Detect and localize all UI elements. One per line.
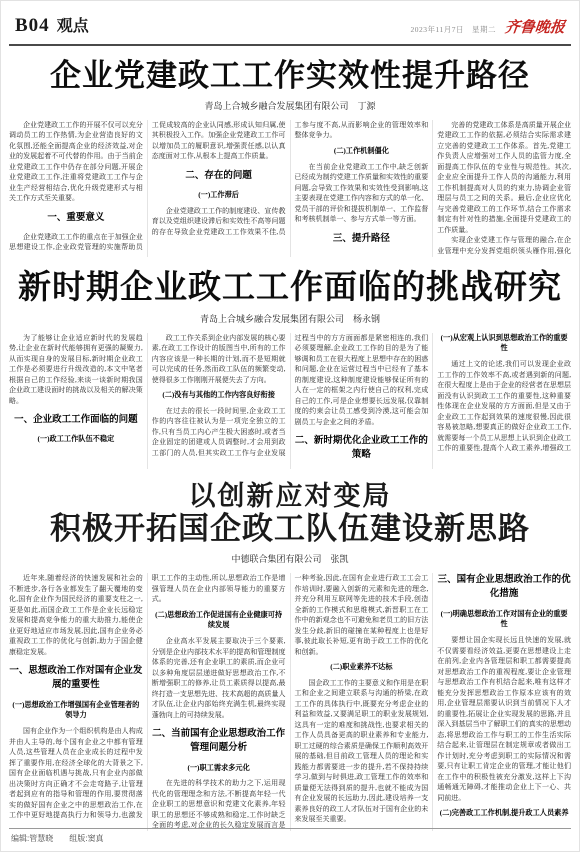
article-3-title-line1: 以创新应对变局 (9, 482, 571, 512)
paragraph: 近年来,随着经济的快速发展和社会的不断进步,各行各业都发生了翻天覆地的变化,国有… (9, 573, 143, 657)
section-heading: 三、提升路径 (295, 232, 429, 246)
section-heading: (二)没有与其他的工作内容良好衔接 (152, 390, 286, 401)
footer-editor: 编辑:管慧晓 (11, 833, 53, 844)
section-heading: (二)工作机制僵化 (295, 146, 429, 157)
article-2-body: 为了能够让企业适应新时代的发展趋势,让企业在新时代能够拥有更强的凝聚力,从而实现… (9, 333, 571, 469)
article-2-title: 新时期企业政工工作面临的挑战研究 (9, 270, 571, 307)
article-1-byline: 青岛上合城乡融合发展集团有限公司 丁源 (9, 99, 571, 112)
paragraph: 要想让国企实现长远且快速的发展,就不仅需要看经济效益,更要在思想建设上走在前列,… (437, 635, 571, 803)
article-2-byline: 青岛上合城乡融合发展集团有限公司 杨永钢 (9, 312, 571, 325)
newspaper-page: B04 观点 2023年11月7日 星期二 齐鲁晚报 企业党建政工工作实效性提升… (0, 0, 580, 852)
section-heading: (二)职业素养不达标 (295, 662, 429, 673)
article-3: 以创新应对变局 积极开拓国企政工队伍建设新思路 中德联合集团有限公司 张凯 近年… (9, 482, 571, 831)
section-heading: 二、当前国有企业思想政治工作管理问题分析 (152, 727, 286, 756)
article-2: 新时期企业政工工作面临的挑战研究 青岛上合城乡融合发展集团有限公司 杨永钢 为了… (9, 270, 571, 469)
section-heading: (一)政工工作队伍不稳定 (9, 434, 143, 445)
section-heading: (二)思想政治工作促进国有企业健康可持续发展 (152, 610, 286, 632)
section-heading: 一、思想政治工作对国有企业发展的重要性 (9, 664, 143, 693)
section-heading: 三、国有企业思想政治工作的优化措施 (437, 573, 571, 602)
page-footer: 编辑:管慧晓 组版:窦真 (9, 828, 571, 846)
section-title: 观点 (57, 13, 89, 36)
paragraph: 在当前企业党建政工工作中,缺乏创新已经成为制约党建工作质量和实效性的重要问题,会… (295, 162, 429, 225)
newspaper-masthead: 齐鲁晚报 (504, 16, 566, 37)
paragraph: 政工工作关系到企业内部发展的核心要素,在政工工作设计的版图当中,所有的工作内容应… (152, 333, 286, 386)
page-number: B04 (15, 15, 50, 37)
section-heading: 二、新时期优化企业政工工作的策略 (295, 434, 429, 463)
section-heading: 一、企业政工工作面临的问题 (9, 413, 143, 427)
paragraph: 完善的党建政工体系是高质量开展企业党建政工工作的依据,必须结合实际需求建立完善的… (437, 120, 571, 236)
header-right: 2023年11月7日 星期二 齐鲁晚报 (411, 16, 566, 37)
footer-layout: 组版:窦真 (69, 833, 103, 844)
section-heading: (二)完善政工工作机制,提升政工人员素养 (437, 808, 571, 819)
section-heading: 二、存在的问题 (152, 169, 286, 183)
section-heading: (一)工作滞后 (152, 190, 286, 201)
date-text: 2023年11月7日 星期二 (411, 24, 496, 35)
article-3-body: 近年来,随着经济的快速发展和社会的不断进步,各行各业都发生了翻天覆地的变化,国有… (9, 573, 571, 831)
paragraph: 企业高水平发展主要取决于三个要素,分别是企业内部技术水平的提高和管理制度体系的完… (152, 636, 286, 720)
section-heading: (一)从宏观上认识到思想政治工作的重要性 (437, 333, 571, 355)
article-1-title: 企业党建政工工作实效性提升路径 (9, 59, 571, 94)
section-heading: 一、重要意义 (9, 211, 143, 225)
section-heading: (一)明确思想政治工作对国有企业的重要性 (437, 609, 571, 631)
paragraph: 企业党建政工工作的开展不仅可以充分调动员工的工作热情,为企业营造良好的文化氛围,… (9, 120, 143, 204)
header-left: B04 观点 (15, 13, 89, 37)
section-heading: (一)思想政治工作增强国有企业管理者的领导力 (9, 700, 143, 722)
paragraph: 为了能够让企业适应新时代的发展趋势,让企业在新时代能够拥有更强的凝聚力,从而实现… (9, 333, 143, 407)
paragraph: 国企政工工作的主要意义和作用是在职工和企业之间建立联系与沟通的桥梁,在政工工作的… (295, 678, 429, 825)
article-3-title-line2: 积极开拓国企政工队伍建设新思路 (9, 511, 571, 547)
page-header: B04 观点 2023年11月7日 星期二 齐鲁晚报 (9, 9, 571, 46)
article-1: 企业党建政工工作实效性提升路径 青岛上合城乡融合发展集团有限公司 丁源 企业党建… (9, 59, 571, 257)
article-3-byline: 中德联合集团有限公司 张凯 (9, 552, 571, 565)
article-1-body: 企业党建政工工作的开展不仅可以充分调动员工的工作热情,为企业营造良好的文化氛围,… (9, 120, 571, 257)
section-heading: (一)职工需求多元化 (152, 763, 286, 774)
